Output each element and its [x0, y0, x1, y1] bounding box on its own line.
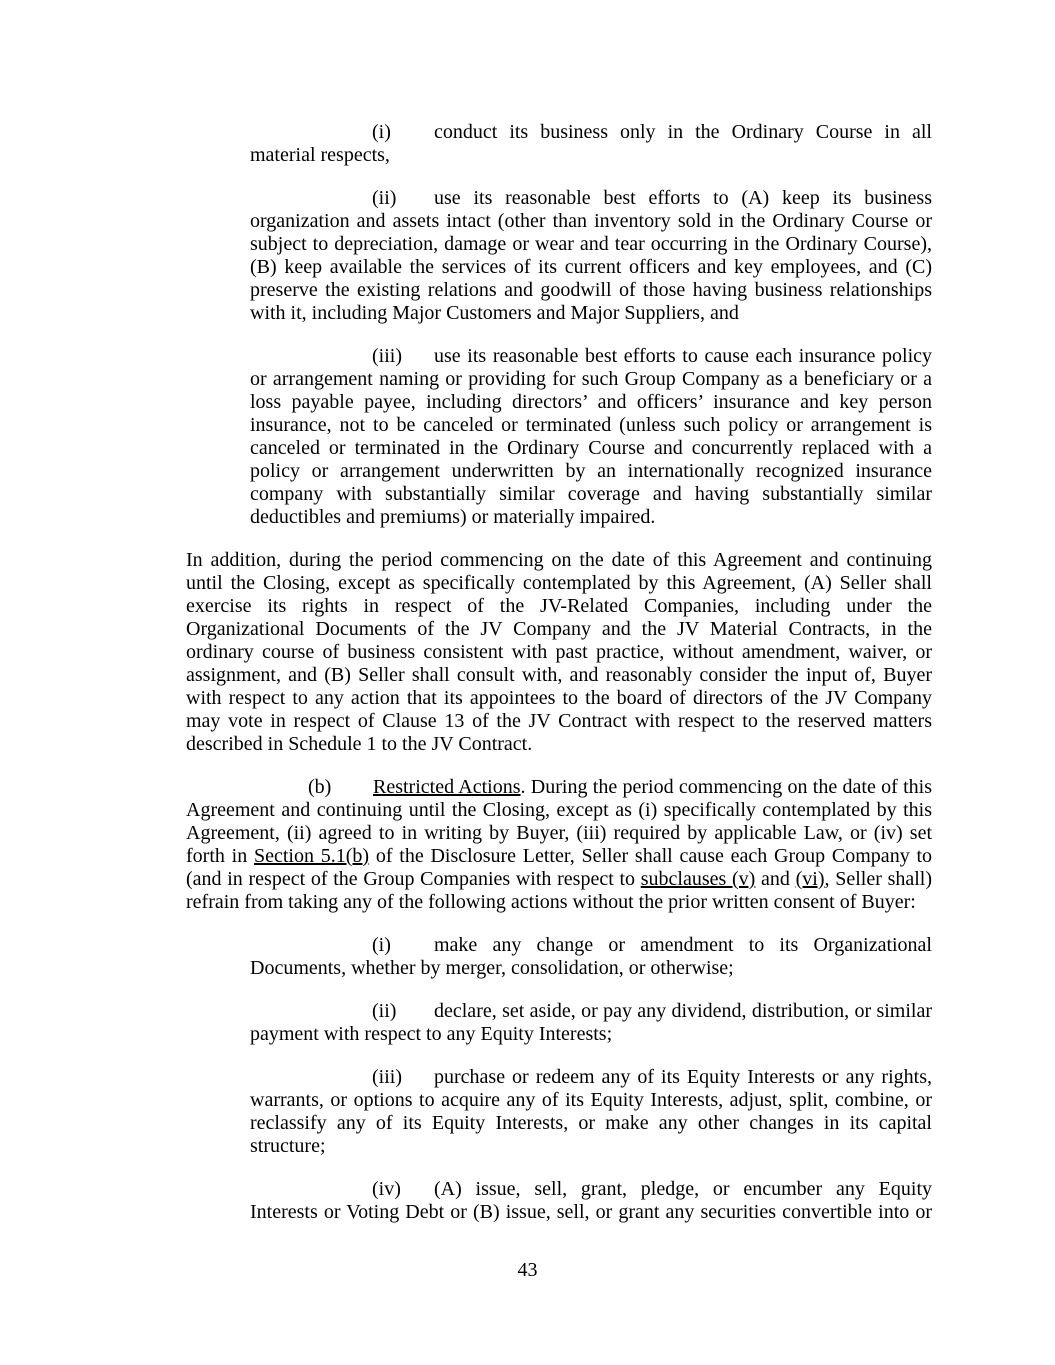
- subparagraph-b-i: (i)make any change or amendment to its O…: [250, 934, 932, 980]
- paragraph-b-restricted-actions: (b)Restricted Actions. During the period…: [186, 776, 932, 914]
- section-5-1-b-reference: Section 5.1(b): [254, 845, 369, 867]
- subparagraph-text: use its reasonable best efforts to cause…: [250, 345, 932, 528]
- subparagraph-marker: (iv): [372, 1178, 434, 1201]
- subclauses-v-reference: subclauses (v): [641, 868, 756, 890]
- subparagraph-text: make any change or amendment to its Orga…: [250, 934, 932, 979]
- subparagraph-marker: (i): [372, 934, 434, 957]
- subparagraph-text: (A) issue, sell, grant, pledge, or encum…: [250, 1178, 932, 1223]
- document-page: (i)conduct its business only in the Ordi…: [0, 0, 1055, 1365]
- subparagraph-marker: (ii): [372, 1000, 434, 1023]
- subparagraph-a-ii: (ii)use its reasonable best efforts to (…: [250, 187, 932, 325]
- paragraph-b-marker: (b): [308, 776, 373, 799]
- subparagraph-text: use its reasonable best efforts to (A) k…: [250, 187, 932, 324]
- paragraph-b-text: and: [755, 868, 795, 890]
- closing-paragraph: In addition, during the period commencin…: [186, 549, 932, 756]
- subclause-vi-reference: (vi): [796, 868, 825, 890]
- subparagraph-text: conduct its business only in the Ordinar…: [250, 121, 932, 166]
- subparagraph-text: purchase or redeem any of its Equity Int…: [250, 1066, 932, 1157]
- subparagraph-b-iii: (iii)purchase or redeem any of its Equit…: [250, 1066, 932, 1158]
- closing-paragraph-text: In addition, during the period commencin…: [186, 549, 932, 755]
- subparagraph-text: declare, set aside, or pay any dividend,…: [250, 1000, 932, 1045]
- subparagraph-marker: (i): [372, 121, 434, 144]
- subparagraph-a-iii: (iii)use its reasonable best efforts to …: [250, 345, 932, 529]
- subparagraph-marker: (iii): [372, 345, 434, 368]
- subparagraph-a-i: (i)conduct its business only in the Ordi…: [250, 121, 932, 167]
- subparagraph-marker: (iii): [372, 1066, 434, 1089]
- subparagraph-b-iv: (iv)(A) issue, sell, grant, pledge, or e…: [250, 1178, 932, 1224]
- subparagraph-marker: (ii): [372, 187, 434, 210]
- document-body: (i)conduct its business only in the Ordi…: [186, 121, 932, 1224]
- restricted-actions-heading: Restricted Actions: [373, 776, 521, 798]
- subparagraph-b-ii: (ii)declare, set aside, or pay any divid…: [250, 1000, 932, 1046]
- page-number: 43: [0, 1259, 1055, 1282]
